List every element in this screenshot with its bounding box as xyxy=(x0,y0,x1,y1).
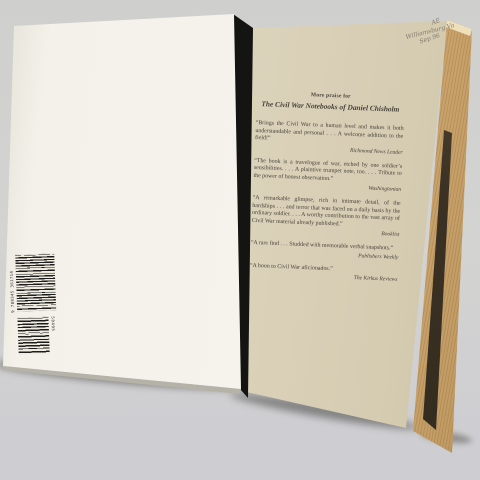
photo-of-open-book: { "praise_page": { "heading": "More prai… xyxy=(0,0,480,480)
barcode-addon-digits: 50495 xyxy=(49,316,56,354)
barcode: 9 780345 361714 50495 xyxy=(8,253,62,357)
quote-text: “A remarkable glimpse, rich in intimate … xyxy=(252,195,401,231)
barcode-main-bars xyxy=(15,253,56,311)
praise-text-block: More praise for The Civil War Notebooks … xyxy=(249,90,405,291)
book-title: The Civil War Notebooks of Daniel Chisho… xyxy=(256,99,404,114)
barcode-addon-bars xyxy=(17,317,49,355)
